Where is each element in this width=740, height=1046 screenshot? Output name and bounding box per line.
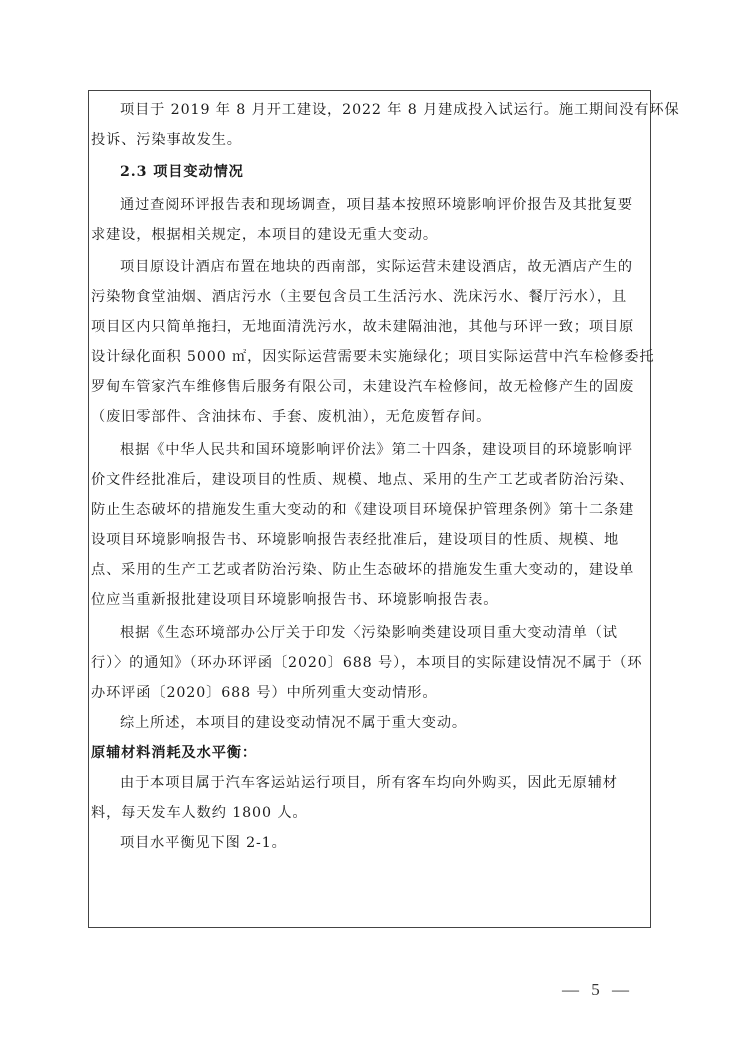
paragraph-line: 点、采用的生产工艺或者防治污染、防止生态破坏的措施发生重大变动的，建设单 <box>91 560 634 580</box>
paragraph-line: 项目原设计酒店布置在地块的西南部，实际运营未建设酒店，故无酒店产生的 <box>120 257 633 277</box>
paragraph-line: 罗甸车管家汽车维修售后服务有限公司，未建设汽车检修间，故无检修产生的固废 <box>91 377 634 397</box>
paragraph-line: 项目于 2019 年 8 月开工建设，2022 年 8 月建成投入试运行。施工期… <box>120 100 680 120</box>
paragraph-line: 设计绿化面积 5000 ㎡，因实际运营需要未实施绿化；项目实际运营中汽车检修委托 <box>91 347 655 367</box>
paragraph-line: 综上所述，本项目的建设变动情况不属于重大变动。 <box>120 713 467 733</box>
paragraph-line: 求建设，根据相关规定，本项目的建设无重大变动。 <box>91 225 438 245</box>
paragraph-line: 通过查阅环评报告表和现场调查，项目基本按照环境影响评价报告及其批复要 <box>120 195 633 215</box>
paragraph-line: 污染物食堂油烟、酒店污水（主要包含员工生活污水、洗床污水、餐厅污水），且 <box>91 287 627 307</box>
paragraph-line: 价文件经批准后，建设项目的性质、规模、地点、采用的生产工艺或者防治污染、 <box>91 470 634 490</box>
subheading: 原辅材料消耗及水平衡： <box>91 743 257 763</box>
paragraph-line: 根据《中华人民共和国环境影响评价法》第二十四条，建设项目的环境影响评 <box>120 440 633 460</box>
paragraph-line: （废旧零部件、含油抹布、手套、废机油），无危废暂存间。 <box>91 407 491 427</box>
paragraph-line: 项目水平衡见下图 2-1。 <box>120 833 287 853</box>
paragraph-line: 投诉、污染事故发生。 <box>91 130 242 150</box>
paragraph-line: 防止生态破坏的措施发生重大变动的和《建设项目环境保护管理条例》第十二条建 <box>91 500 634 520</box>
content-frame: 项目于 2019 年 8 月开工建设，2022 年 8 月建成投入试运行。施工期… <box>88 90 651 928</box>
section-heading: 2.3 项目变动情况 <box>120 162 244 182</box>
paragraph-line: 设项目环境影响报告书、环境影响报告表经批准后，建设项目的性质、规模、地 <box>91 530 619 550</box>
paragraph-line: 行）〉的通知》（环办环评函〔2020〕688 号），本项目的实际建设情况不属于（… <box>91 653 643 673</box>
paragraph-line: 料，每天发车人数约 1800 人。 <box>91 803 308 823</box>
paragraph-line: 根据《生态环境部办公厅关于印发〈污染影响类建设项目重大变动清单（试 <box>120 623 618 643</box>
paragraph-line: 办环评函〔2020〕688 号）中所列重大变动情形。 <box>91 683 437 703</box>
paragraph-line: 项目区内只简单拖扫，无地面清洗污水，故未建隔油池，其他与环评一致；项目原 <box>91 317 634 337</box>
paragraph-line: 由于本项目属于汽车客运站运行项目，所有客车均向外购买，因此无原辅材 <box>120 773 618 793</box>
page-number: — 5 — <box>562 980 633 1000</box>
paragraph-line: 位应当重新报批建设项目环境影响报告书、环境影响报告表。 <box>91 590 498 610</box>
